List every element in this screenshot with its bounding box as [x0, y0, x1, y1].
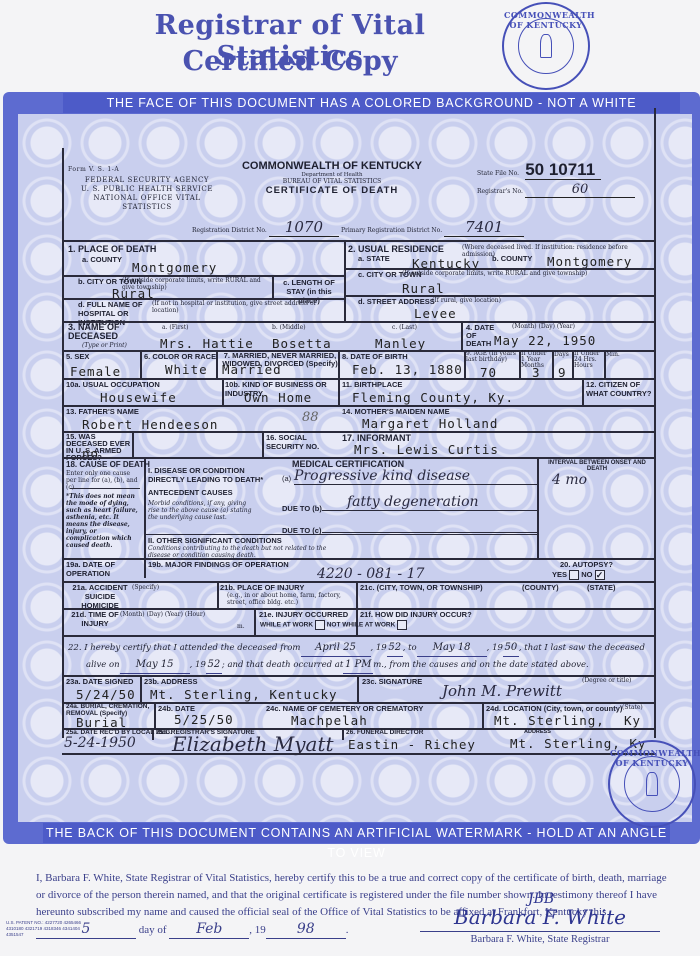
- autopsy-yes-checkbox[interactable]: [569, 570, 579, 580]
- autopsy-no-checkbox[interactable]: ✓: [595, 570, 605, 580]
- state-registrar-signature-block: JBB Barbara F. White Barbara F. White, S…: [420, 905, 660, 945]
- banner-bottom: THE BACK OF THIS DOCUMENT CONTAINS AN AR…: [43, 823, 670, 843]
- burial-date: 5/25/50: [174, 712, 234, 727]
- burial-state: Ky: [624, 713, 641, 728]
- marital-status: Married: [222, 362, 282, 377]
- date-signed: 5/24/50: [76, 687, 136, 702]
- birthplace: Fleming County, Ky.: [352, 390, 514, 405]
- kentucky-seal-icon: COMMONWEALTH OF KENTUCKY: [502, 2, 590, 90]
- sex: Female: [70, 364, 121, 379]
- residence-street: Levee: [414, 306, 457, 321]
- not-while-at-work-checkbox[interactable]: [397, 620, 407, 630]
- date-of-death: May 22, 1950: [494, 333, 596, 348]
- cause-a: Progressive kind disease: [294, 468, 470, 484]
- attestation-year: 98: [266, 921, 346, 939]
- death-certificate-form: Form V. S. 1-A FEDERAL SECURITY AGENCY U…: [62, 148, 656, 810]
- while-at-work-checkbox[interactable]: [315, 620, 325, 630]
- initials: JBB: [528, 891, 554, 907]
- deceased-last-name: Manley: [375, 336, 426, 351]
- state-file-block: State File No. 50 10711: [477, 160, 655, 180]
- place-of-death-county: Montgomery: [132, 260, 217, 275]
- physician-address: Mt. Sterling, Kentucky: [150, 687, 338, 702]
- usual-occupation: Housewife: [100, 390, 177, 405]
- kentucky-seal-stamp-icon: COMMONWEALTH OF KENTUCKY: [608, 740, 696, 828]
- physician-signature: John M. Prewitt: [442, 682, 562, 700]
- funeral-director: Eastin - Richey: [348, 737, 476, 752]
- agency-block: FEDERAL SECURITY AGENCY U. S. PUBLIC HEA…: [72, 176, 222, 212]
- date-received: 5-24-1950: [64, 735, 136, 751]
- date-of-birth: Feb. 13, 1880: [352, 362, 463, 377]
- attendance-statement: 22. I hereby certify that I attended the…: [68, 640, 654, 674]
- deceased-middle-name: Bosetta: [272, 336, 332, 351]
- certificate-heading: COMMONWEALTH OF KENTUCKY Department of H…: [232, 160, 432, 196]
- residence-county: Montgomery: [547, 254, 632, 269]
- state-registrar-signature: Barbara F. White: [420, 905, 660, 929]
- banner-top: THE FACE OF THIS DOCUMENT HAS A COLORED …: [63, 93, 680, 113]
- cause-b: fatty degeneration: [347, 494, 479, 510]
- seal-text: COMMONWEALTH OF KENTUCKY: [504, 10, 588, 30]
- state-file-number: 50 10711: [525, 160, 601, 180]
- operation-findings: 4220 - 081 - 17: [317, 566, 424, 582]
- informant: Mrs. Lewis Curtis: [354, 442, 499, 457]
- burial-location: Mt. Sterling,: [494, 713, 605, 728]
- interval-onset: 4 mo: [552, 472, 587, 488]
- cemetery-name: Machpelah: [291, 713, 368, 728]
- autopsy-checkboxes: YES NO ✓: [552, 570, 605, 580]
- attestation-month: Feb: [169, 921, 249, 939]
- state-registrar-title: Barbara F. White, State Registrar: [420, 934, 660, 945]
- kind-of-business: Own Home: [244, 390, 312, 405]
- form-number: Form V. S. 1-A: [68, 166, 119, 173]
- father-note: 88: [302, 410, 319, 425]
- patent-numbers: U.S. PATENT NO.: 4227720 4265466 4310180…: [6, 920, 96, 938]
- deceased-first-name: Mrs. Hattie: [160, 336, 254, 351]
- residence-city: Rural: [402, 281, 445, 296]
- header-subtitle: Certified Copy: [100, 46, 480, 77]
- fathers-name: Robert Hendeeson: [82, 417, 218, 432]
- registrar-no-block: Registrar's No. 60: [477, 182, 655, 198]
- registration-district: Registration District No. 1070 Primary R…: [192, 218, 524, 237]
- race: White: [165, 362, 208, 377]
- mothers-maiden-name: Margaret Holland: [362, 416, 498, 431]
